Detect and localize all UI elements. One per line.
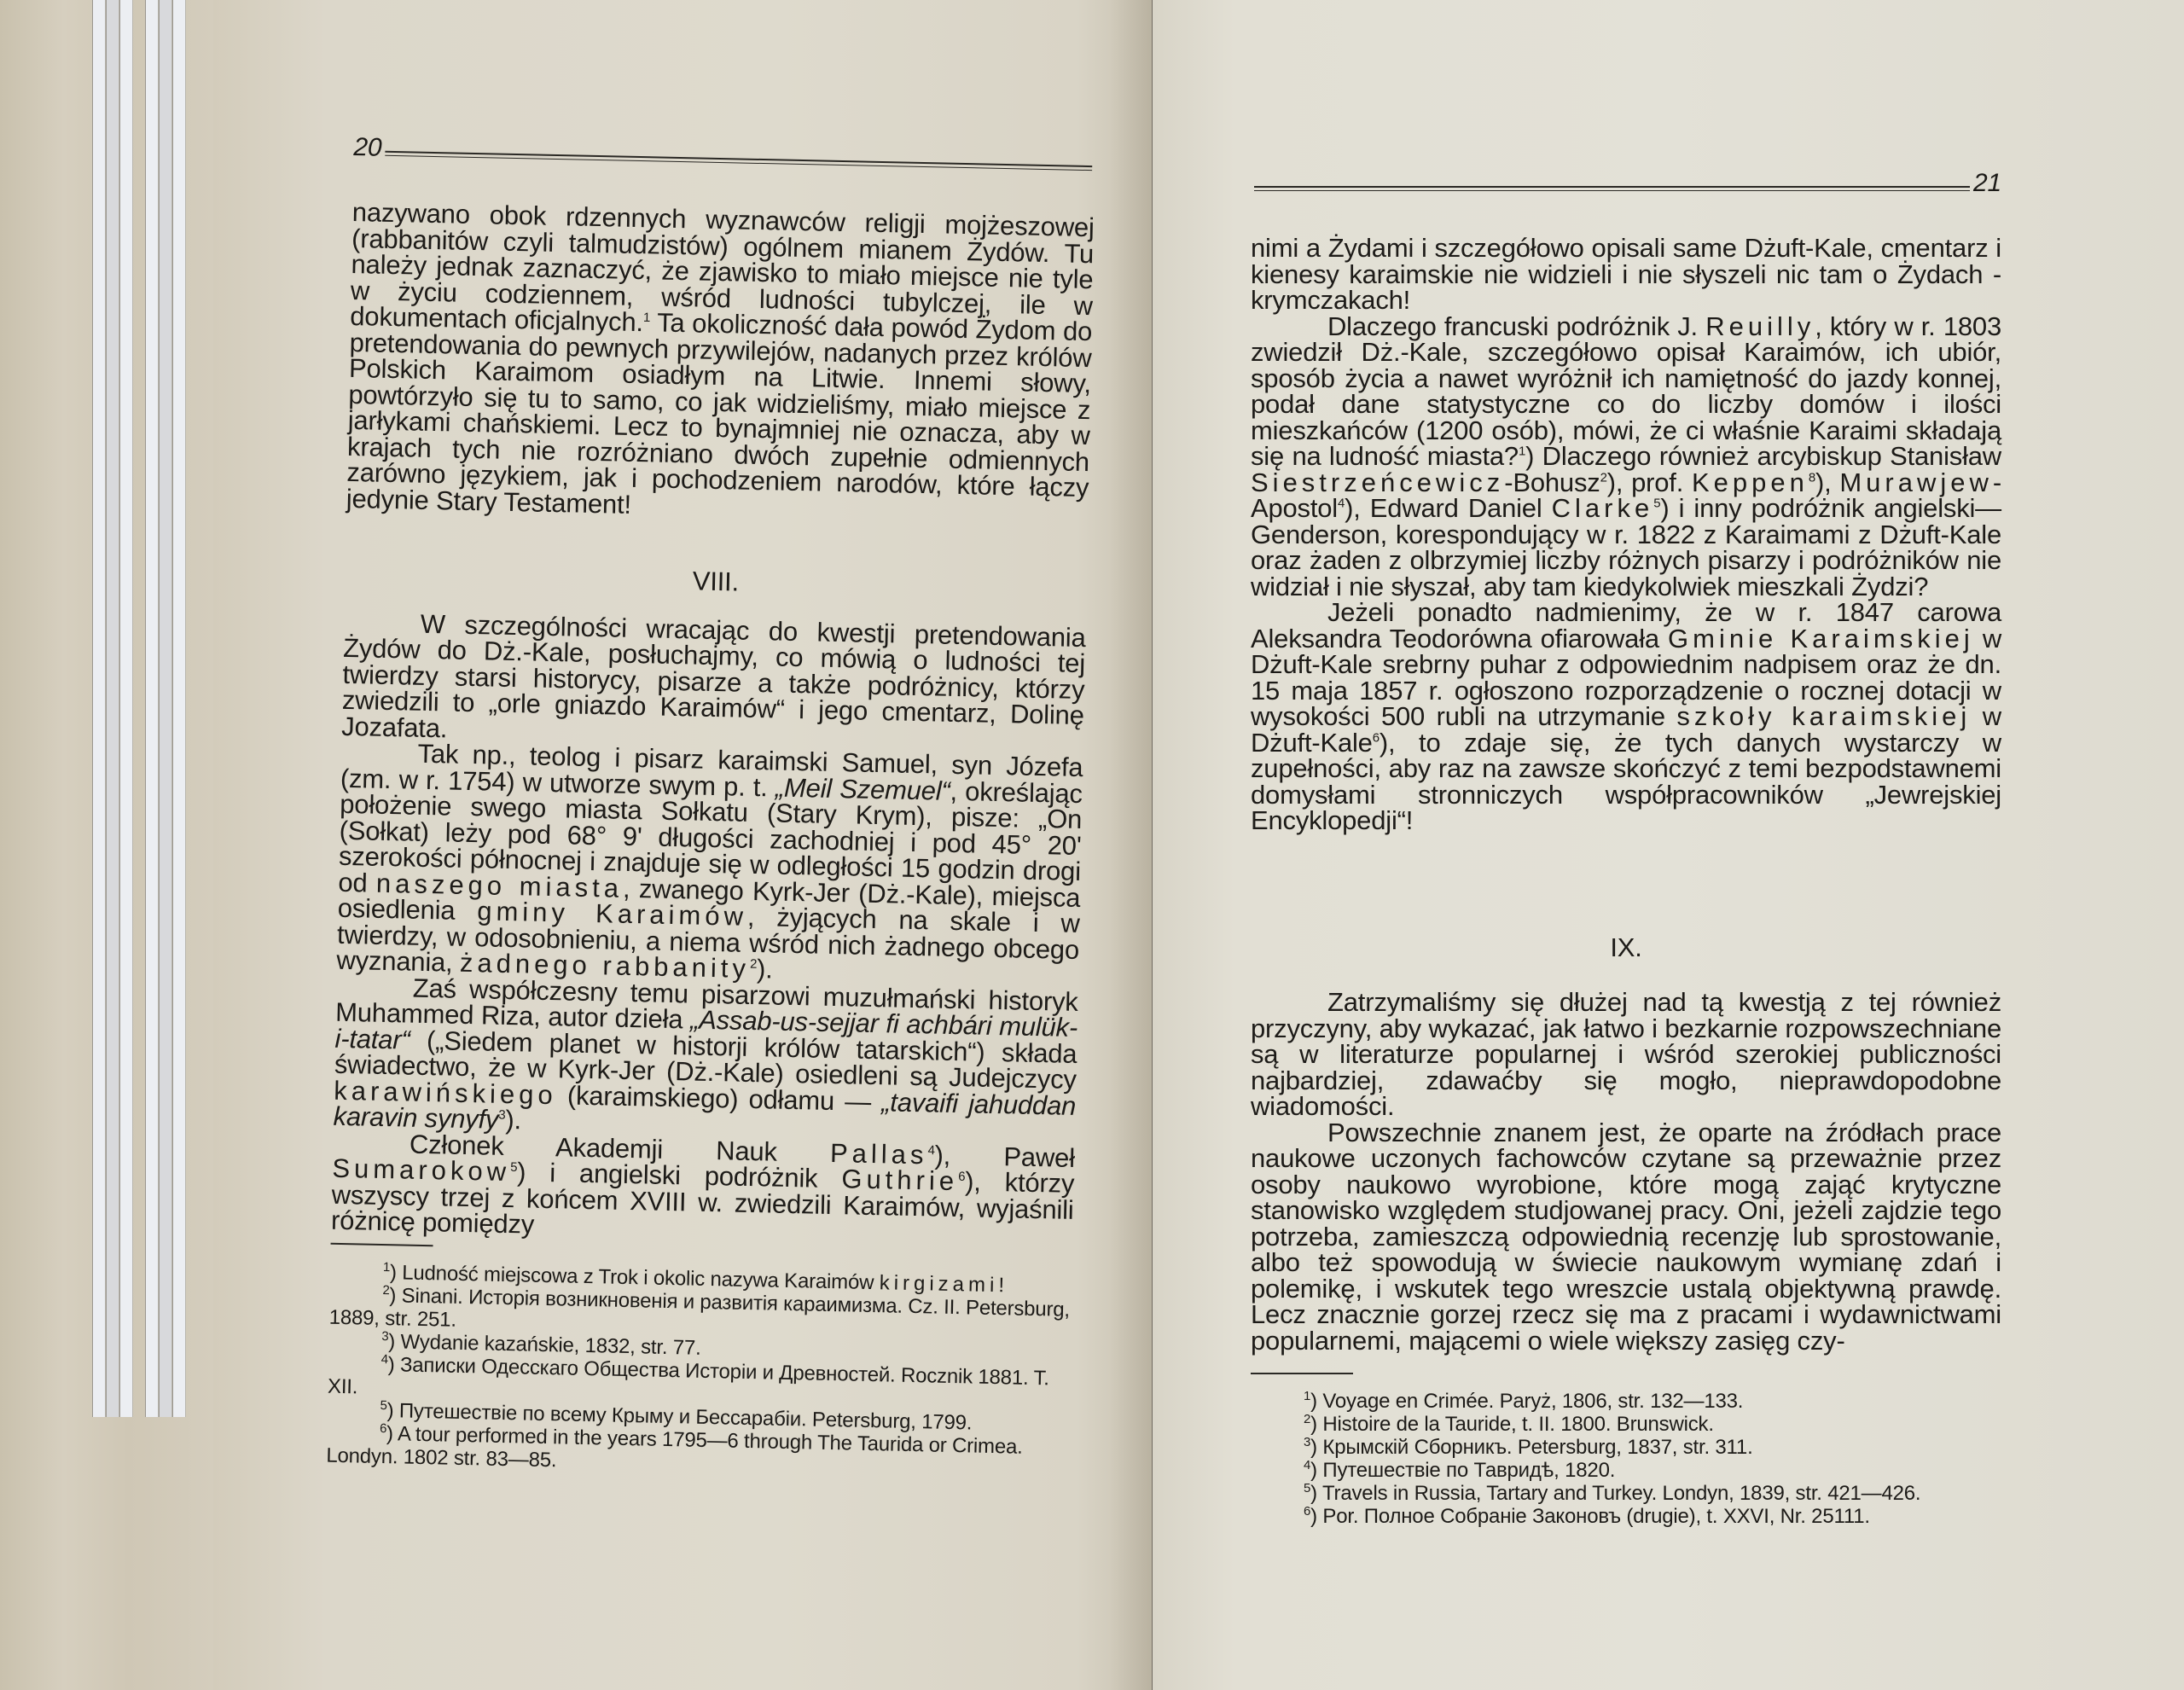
footnote-mark: 1: [1304, 1389, 1310, 1403]
page-edge: [106, 0, 119, 1417]
left-page-content: 20 nazywano obok rdzennych wyznawców rel…: [326, 126, 1096, 1482]
footnote-text: ) Крымскій Сборникъ. Petersburg, 1837, s…: [1310, 1436, 1752, 1459]
footnote-ref: 1: [1519, 444, 1525, 459]
paragraph: nimi a Żydami i szczegółowo opisali same…: [1251, 235, 2001, 314]
footnote-rule: [1251, 1373, 1353, 1374]
footnote-ref: 2: [1600, 470, 1607, 485]
left-page: 20 nazywano obok rdzennych wyznawców rel…: [213, 0, 1152, 1690]
paragraph: nazywano obok rdzennych wyznawców religj…: [346, 200, 1095, 527]
book-page-edges: [0, 0, 213, 1690]
chapter-heading: VIII.: [345, 561, 1087, 603]
footnote-mark: 6: [1304, 1504, 1310, 1519]
page-header: 20: [353, 126, 1096, 176]
footnote: 5) Travels in Russia, Tartary and Turkey…: [1251, 1482, 2001, 1505]
footnotes: 1) Ludność miejscowa z Trok i okolic naz…: [326, 1259, 1072, 1482]
paragraph: Dlaczego francuski podróżnik J. Reuilly,…: [1251, 314, 2001, 601]
footnote-text: ) Путешествіе по Тавридѣ, 1820.: [1310, 1459, 1615, 1482]
right-page: 21 nimi a Żydami i szczegółowo opisali s…: [1152, 0, 2184, 1690]
paragraph: Zatrzymaliśmy się dłużej nad tą kwestją …: [1251, 990, 2001, 1120]
footnote: 6) Por. Полное Собраніе Законовъ (drugie…: [1251, 1505, 2001, 1528]
footnote-text: ) Por. Полное Собраніе Законовъ (drugie)…: [1310, 1505, 1870, 1528]
right-page-content: 21 nimi a Żydami i szczegółowo opisali s…: [1251, 162, 2001, 1528]
paragraph: Zaś współczesny temu pisarzowi muzułmańs…: [333, 973, 1078, 1145]
header-rule: [385, 151, 1092, 171]
footnote-text: ) Travels in Russia, Tartary and Turkey.…: [1310, 1482, 1920, 1505]
paragraph: Powszechnie znanem jest, że oparte na źr…: [1251, 1120, 2001, 1355]
paragraph: Jeżeli ponadto nadmienimy, że w r. 1847 …: [1251, 600, 2001, 834]
footnote: 1) Voyage en Crimée. Paryż, 1806, str. 1…: [1251, 1390, 2001, 1413]
gutter-shadow: [1109, 0, 1152, 1690]
paragraph: Tak np., teolog i pisarz karaimski Samue…: [336, 740, 1083, 990]
footnote: 2) Histoire de la Tauride, t. II. 1800. …: [1251, 1413, 2001, 1436]
page-number: 20: [353, 135, 382, 161]
page-edge: [172, 0, 186, 1417]
page-edge: [119, 0, 133, 1417]
text: Ta okoliczność dała powód Żydom do prete…: [346, 307, 1093, 519]
footnote-text: !: [998, 1274, 1004, 1297]
footnote-mark: 3: [1304, 1435, 1310, 1449]
footnote-mark: 2: [1304, 1412, 1310, 1426]
spaced-text: kirgizami: [879, 1271, 998, 1297]
footnote-ref: 6: [1373, 730, 1380, 745]
page-edge: [159, 0, 172, 1417]
paragraph: W szczególności wracając do kwestji pret…: [341, 609, 1086, 755]
footnote-rule: [331, 1242, 433, 1246]
page-edge: [145, 0, 159, 1417]
text: (karaimskiego) odłamu —: [556, 1080, 881, 1117]
footnote: 4) Путешествіе по Тавридѣ, 1820.: [1251, 1459, 2001, 1482]
footnotes: 1) Voyage en Crimée. Paryż, 1806, str. 1…: [1251, 1390, 2001, 1528]
footnote-mark: 5: [1304, 1481, 1310, 1495]
page-header: 21: [1251, 162, 2001, 196]
footnote-mark: 4: [1304, 1458, 1310, 1472]
footnote-text: ) Voyage en Crimée. Paryż, 1806, str. 13…: [1310, 1390, 1743, 1413]
footnote-text: ) Histoire de la Tauride, t. II. 1800. B…: [1310, 1413, 1714, 1436]
page-edge: [92, 0, 106, 1417]
header-rule: [1254, 186, 1970, 191]
footnote-ref: 8: [1809, 470, 1815, 485]
page-number: 21: [1973, 171, 2001, 196]
footnote: 3) Крымскій Сборникъ. Petersburg, 1837, …: [1251, 1436, 2001, 1459]
chapter-heading: IX.: [1251, 935, 2001, 961]
paragraph: Członek Akademji Nauk Pallas4), Paweł Su…: [331, 1130, 1075, 1249]
footnote-ref: 4: [1338, 497, 1345, 511]
